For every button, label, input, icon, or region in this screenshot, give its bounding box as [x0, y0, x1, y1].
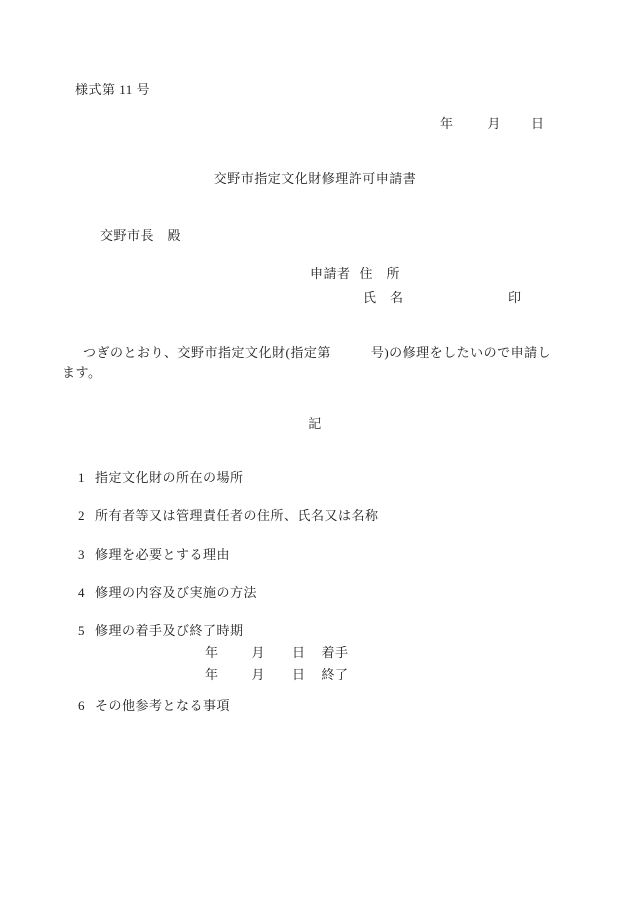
body-text-before-blank: つぎのとおり、交野市指定文化財(指定第 — [83, 345, 331, 360]
schedule-month-label: 月 — [252, 667, 266, 684]
applicant-name-label: 氏 名 — [363, 290, 404, 307]
list-item: 1 指定文化財の所在の場所 — [78, 470, 244, 487]
date-month-label: 月 — [488, 116, 502, 133]
schedule-month-label: 月 — [252, 645, 266, 662]
list-item: 4 修理の内容及び実施の方法 — [78, 585, 257, 602]
item-number: 5 — [78, 623, 86, 640]
body-line-2: ます。 — [62, 363, 551, 383]
date-line: 年 月 日 — [440, 116, 545, 133]
schedule-day-label: 日 — [292, 645, 306, 662]
section-marker: 記 — [0, 416, 630, 433]
schedule-phase-label: 終了 — [322, 667, 349, 684]
applicant-address-line: 申請者 住 所 — [310, 266, 400, 283]
list-item: 2 所有者等又は管理責任者の住所、氏名又は名称 — [78, 508, 379, 525]
list-item: 5 修理の着手及び終了時期 — [78, 623, 244, 640]
list-item: 3 修理を必要とする理由 — [78, 547, 230, 564]
body-line-1: つぎのとおり、交野市指定文化財(指定第号)の修理をしたいので申請し — [62, 343, 551, 363]
date-year-label: 年 — [440, 116, 454, 133]
item-number: 4 — [78, 585, 86, 602]
item-number: 1 — [78, 470, 86, 487]
document-title: 交野市指定文化財修理許可申請書 — [0, 171, 630, 188]
schedule-row-start: 年 月 日 着手 — [205, 645, 349, 662]
schedule-year-label: 年 — [205, 645, 219, 662]
schedule-year-label: 年 — [205, 667, 219, 684]
applicant-address-label: 住 所 — [360, 266, 401, 283]
item-text: その他参考となる事項 — [95, 698, 230, 715]
item-text: 指定文化財の所在の場所 — [95, 470, 244, 487]
schedule-row-end: 年 月 日 終了 — [205, 667, 349, 684]
schedule-day-label: 日 — [292, 667, 306, 684]
body-text-after-blank: 号)の修理をしたいので申請し — [371, 345, 551, 360]
body-paragraph: つぎのとおり、交野市指定文化財(指定第号)の修理をしたいので申請し ます。 — [62, 343, 551, 383]
seal-label: 印 — [508, 290, 522, 307]
addressee: 交野市長 殿 — [100, 228, 181, 245]
item-text: 所有者等又は管理責任者の住所、氏名又は名称 — [95, 508, 379, 525]
item-number: 6 — [78, 698, 86, 715]
document-page: 様式第 11 号 年 月 日 交野市指定文化財修理許可申請書 交野市長 殿 申請… — [0, 0, 630, 903]
applicant-label: 申請者 — [310, 266, 351, 283]
item-number: 3 — [78, 547, 86, 564]
item-text: 修理の内容及び実施の方法 — [95, 585, 257, 602]
schedule-phase-label: 着手 — [322, 645, 349, 662]
form-number: 様式第 11 号 — [75, 82, 150, 99]
item-number: 2 — [78, 508, 86, 525]
item-text: 修理の着手及び終了時期 — [95, 623, 244, 640]
list-item: 6 その他参考となる事項 — [78, 698, 230, 715]
date-day-label: 日 — [531, 116, 545, 133]
item-text: 修理を必要とする理由 — [95, 547, 230, 564]
